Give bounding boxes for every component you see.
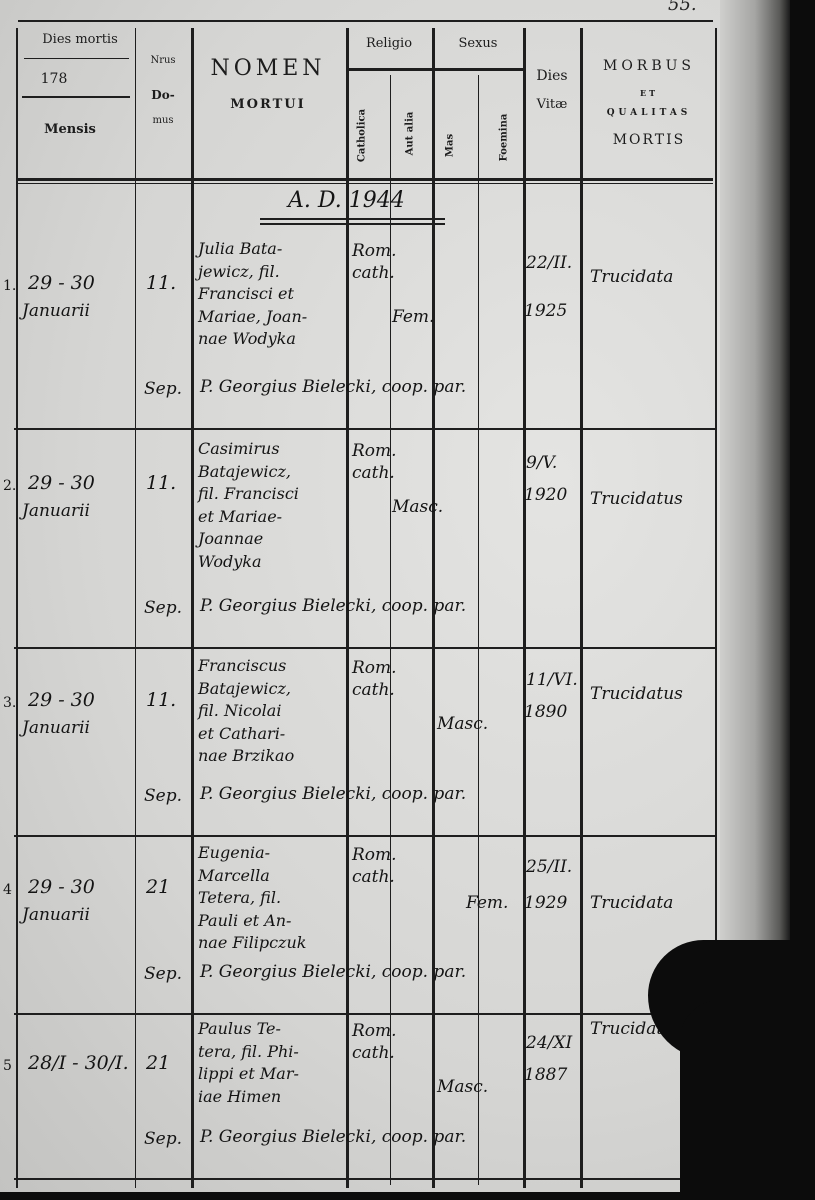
entry-birth-year: 1890 [524,701,567,723]
header-domus-2: mus [138,115,188,126]
entry-religion-cath: cath. [352,679,395,701]
header-mortui: MORTUI [193,97,343,112]
entry-name-line: Francisci et [198,283,348,306]
entry-name-line: et Mariae- [198,506,348,529]
header-foemina: Foemina [499,108,510,168]
rule-horizontal [14,1178,716,1180]
entry-month: Januarii [22,500,90,522]
entry-name-line: tera, fil. Phi- [198,1041,348,1064]
entry-death-date: 29 - 30 [28,876,95,898]
rule-horizontal [22,96,130,98]
entry-index: 1. [3,278,16,294]
rule-horizontal [18,183,713,184]
entry-cause-of-death: Trucidata [590,892,673,914]
entry-birth-year: 1920 [524,484,567,506]
year-heading: A. D. 1944 [288,190,405,212]
entry-name-line: Paulus Te- [198,1018,348,1041]
entry-religion: Rom. [352,1020,397,1042]
entry-name: FranciscusBatajewicz,fil. Nicolaiet Cath… [198,655,348,768]
rule-horizontal [18,178,713,181]
entry-sex: Fem. [392,306,434,328]
entry-religion: Rom. [352,844,397,866]
entry-burial-text: P. Georgius Bielecki, coop. par. [200,961,466,983]
entry-house-number: 21 [146,876,170,898]
entry-sex: Masc. [392,496,443,518]
entry-religion-cath: cath. [352,262,395,284]
header-domus-1: Do- [138,88,188,102]
entry-index: 5 [3,1058,12,1074]
entry-month: Januarii [22,717,90,739]
entry-birth-date: 9/V. [526,452,557,474]
entry-house-number: 21 [146,1052,170,1074]
header-morbus: MORBUS [586,58,712,74]
rule-horizontal [24,58,129,59]
entry-birth-year: 1925 [524,300,567,322]
entry-death-date: 29 - 30 [28,272,95,294]
header-sexus: Sexus [433,36,523,51]
entry-sex: Fem. [466,892,508,914]
header-vitae: Vitæ [526,97,578,112]
entry-burial-text: P. Georgius Bielecki, coop. par. [200,1126,466,1148]
header-dies: Dies [526,68,578,84]
entry-index: 3. [3,695,16,711]
header-mas: Mas [445,126,456,166]
rule-horizontal [14,835,716,837]
entry-name-line: Tetera, fil. [198,887,348,910]
entry-burial-label: Sep. [144,597,182,619]
entry-name-line: iae Himen [198,1086,348,1109]
entry-religion: Rom. [352,657,397,679]
entry-house-number: 11. [146,272,176,294]
entry-name-line: Mariae, Joan- [198,306,348,329]
entry-name-line: Pauli et An- [198,910,348,933]
entry-name-line: fil. Nicolai [198,700,348,723]
entry-burial-label: Sep. [144,963,182,985]
page-damage-lower [680,1000,815,1200]
entry-burial-label: Sep. [144,378,182,400]
rule-horizontal [14,1013,716,1015]
header-mortis: MORTIS [586,132,712,148]
entry-name: Paulus Te-tera, fil. Phi-lippi et Mar-ia… [198,1018,348,1108]
entry-name-line: lippi et Mar- [198,1063,348,1086]
rule-horizontal [14,647,716,649]
entry-name-line: nae Wodyka [198,328,348,351]
header-aut-alia: Aut alia [405,104,416,164]
entry-house-number: 11. [146,472,176,494]
rule-horizontal [260,223,445,225]
header-mensis: Mensis [30,122,110,137]
entry-cause-of-death: Trucidatus [590,488,683,510]
entry-religion-cath: cath. [352,462,395,484]
entry-name-line: Julia Bata- [198,238,348,261]
rule-vertical [478,75,479,1185]
entry-death-date: 28/I - 30/I. [28,1052,129,1074]
header-year-prefix: 178 [34,71,74,87]
rule-horizontal [18,20,713,22]
entry-name-line: Batajewicz, [198,678,348,701]
entry-birth-year: 1887 [524,1064,567,1086]
entry-birth-date: 22/II. [526,252,572,274]
entry-burial-text: P. Georgius Bielecki, coop. par. [200,376,466,398]
entry-name: CasimirusBatajewicz,fil. Francisciet Mar… [198,438,348,573]
entry-birth-date: 25/II. [526,856,572,878]
entry-name-line: Franciscus [198,655,348,678]
entry-religion-cath: cath. [352,866,395,888]
entry-burial-label: Sep. [144,785,182,807]
entry-month: Januarii [22,300,90,322]
entry-name-line: nae Brzikao [198,745,348,768]
entry-birth-date: 24/XI [526,1032,572,1054]
rule-vertical [523,28,526,1188]
page-number: 55. [668,0,697,15]
entry-burial-text: P. Georgius Bielecki, coop. par. [200,783,466,805]
entry-name-line: fil. Francisci [198,483,348,506]
entry-name-line: jewicz, fil. [198,261,348,284]
entry-name-line: nae Filipczuk [198,932,348,955]
entry-birth-date: 11/VI. [526,669,578,691]
rule-horizontal [260,218,445,220]
header-dies-mortis: Dies mortis [30,32,130,47]
entry-death-date: 29 - 30 [28,689,95,711]
rule-vertical [580,28,583,1188]
entry-cause-of-death: Trucidata [590,266,673,288]
entry-name-line: Eugenia- [198,842,348,865]
entry-sex: Masc. [437,1076,488,1098]
entry-month: Januarii [22,904,90,926]
entry-index: 4 [3,882,12,898]
entry-sex: Masc. [437,713,488,735]
entry-index: 2. [3,478,16,494]
header-nrus: Nrus [138,55,188,66]
rule-horizontal [348,68,523,71]
entry-name-line: Wodyka [198,551,348,574]
entry-name: Julia Bata-jewicz, fil.Francisci etMaria… [198,238,348,351]
entry-cause-of-death: Trucidatus [590,683,683,705]
header-nomen: NOMEN [193,56,343,81]
entry-religion: Rom. [352,440,397,462]
entry-name-line: Casimirus [198,438,348,461]
entry-burial-text: P. Georgius Bielecki, coop. par. [200,595,466,617]
entry-name-line: Batajewicz, [198,461,348,484]
entry-name-line: Joannae [198,528,348,551]
entry-house-number: 11. [146,689,176,711]
rule-vertical [135,28,136,1188]
entry-religion-cath: cath. [352,1042,395,1064]
entry-death-date: 29 - 30 [28,472,95,494]
entry-burial-label: Sep. [144,1128,182,1150]
rule-horizontal [14,428,716,430]
header-religio: Religio [348,36,430,51]
entry-birth-year: 1929 [524,892,567,914]
header-qualitas: QUALITAS [586,108,712,118]
entry-name-line: Marcella [198,865,348,888]
rule-vertical [191,28,194,1188]
entry-name-line: et Cathari- [198,723,348,746]
entry-name: Eugenia-MarcellaTetera, fil.Pauli et An-… [198,842,348,955]
header-et: ET [586,88,712,98]
header-catholica: Catholica [357,106,368,166]
entry-religion: Rom. [352,240,397,262]
rule-vertical [16,28,18,1188]
